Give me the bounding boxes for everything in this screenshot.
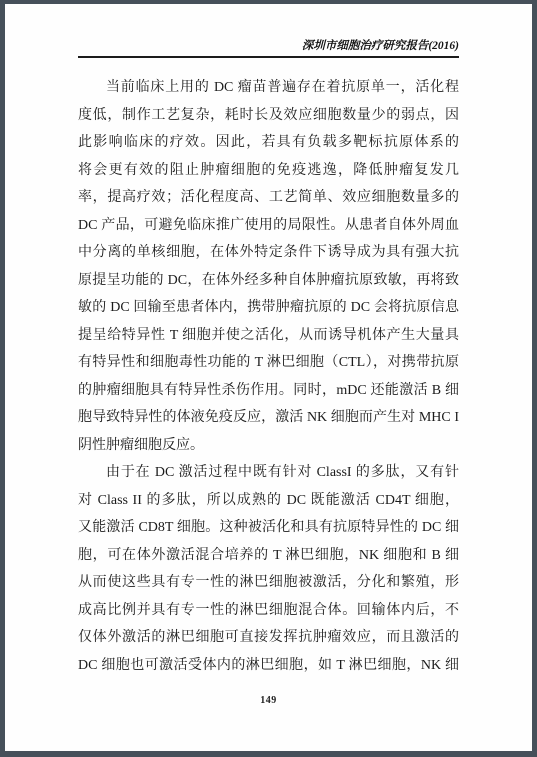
text-line: 原提呈功能的 DC，在体外经多种自体肿瘤抗原致敏，再将致: [78, 267, 459, 295]
text-line: 当前临床上用的 DC 瘤苗普遍存在着抗原单一，活化程: [78, 74, 459, 102]
document-page: 深圳市细胞治疗研究报告(2016) 当前临床上用的 DC 瘤苗普遍存在着抗原单一…: [5, 4, 532, 751]
paragraph: 由于在 DC 激活过程中既有针对 ClassI 的多肽，又有针 对 Class …: [78, 459, 459, 679]
text-line: 由于在 DC 激活过程中既有针对 ClassI 的多肽，又有针: [78, 459, 459, 487]
text-line: 此影响临床的疗效。因此，若具有负载多靶标抗原体系的 DC，: [78, 129, 459, 157]
text-line: 度低，制作工艺复杂，耗时长及效应细胞数量少的弱点，因: [78, 102, 459, 130]
text-line: 对 Class II 的多肽，所以成熟的 DC 既能激活 CD4T 细胞，: [78, 487, 459, 515]
text-line: 阴性肿瘤细胞反应。: [78, 432, 459, 460]
page-footer: 149: [5, 690, 532, 708]
body-text: 当前临床上用的 DC 瘤苗普遍存在着抗原单一，活化程 度低，制作工艺复杂，耗时长…: [78, 74, 459, 679]
text-line: 胞导致特异性的体液免疫反应，激活 NK 细胞而产生对 MHC I: [78, 404, 459, 432]
text-line: DC 细胞也可激活受体内的淋巴细胞，如 T 淋巴细胞，NK 细: [78, 652, 459, 680]
page-number: 149: [260, 695, 277, 706]
viewer-background: { "colors": { "viewer_frame": "#46505a",…: [0, 0, 537, 757]
text-line: 成高比例并具有专一性的淋巴细胞混合体。回输体内后，不: [78, 597, 459, 625]
text-line: 的肿瘤细胞具有特异性杀伤作用。同时，mDC 还能激活 B 细: [78, 377, 459, 405]
text-line: 从而使这些具有专一性的淋巴细胞被激活，分化和繁殖，形: [78, 569, 459, 597]
paragraph: 当前临床上用的 DC 瘤苗普遍存在着抗原单一，活化程 度低，制作工艺复杂，耗时长…: [78, 74, 459, 459]
text-line: 有特异性和细胞毒性功能的 T 淋巴细胞（CTL），对携带抗原: [78, 349, 459, 377]
text-line: 中分离的单核细胞，在体外特定条件下诱导成为具有强大抗: [78, 239, 459, 267]
text-line: 又能激活 CD8T 细胞。这种被活化和具有抗原特异性的 DC 细: [78, 514, 459, 542]
header-title: 深圳市细胞治疗研究报告(2016): [78, 37, 459, 58]
text-line: DC 产品，可避免临床推广使用的局限性。从患者自体外周血: [78, 212, 459, 240]
text-line: 敏的 DC 回输至患者体内，携带肿瘤抗原的 DC 会将抗原信息: [78, 294, 459, 322]
text-line: 提呈给特异性 T 细胞并使之活化，从而诱导机体产生大量具: [78, 322, 459, 350]
text-line: 仅体外激活的淋巴细胞可直接发挥抗肿瘤效应，而且激活的: [78, 624, 459, 652]
text-line: 胞，可在体外激活混合培养的 T 淋巴细胞，NK 细胞和 B 细胞，: [78, 542, 459, 570]
text-line: 将会更有效的阻止肿瘤细胞的免疫逃逸，降低肿瘤复发几: [78, 157, 459, 185]
text-line: 率，提高疗效；活化程度高、工艺简单、效应细胞数量多的: [78, 184, 459, 212]
